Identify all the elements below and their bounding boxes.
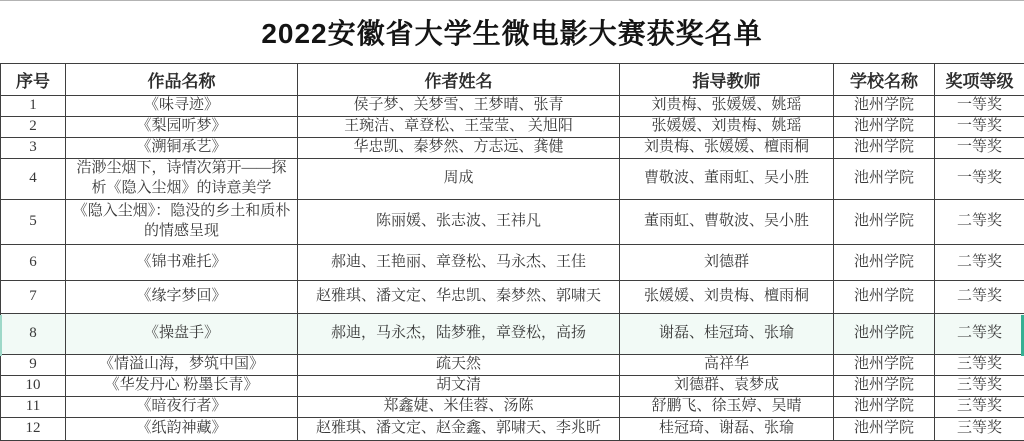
header-work: 作品名称 xyxy=(66,64,298,96)
cell-work: 《操盘手》 xyxy=(66,314,298,355)
cell-authors: 郝迪，马永杰，陆梦雅，章登松，高扬 xyxy=(298,314,620,355)
cell-work: 《暗夜行者》 xyxy=(66,397,298,418)
header-authors: 作者姓名 xyxy=(298,64,620,96)
table-row: 11《暗夜行者》郑鑫婕、米佳蓉、汤陈舒鹏飞、徐玉婷、吴晴池州学院三等奖 xyxy=(1,397,1024,418)
table-row: 6《锦书难托》郝迪、王艳丽、章登松、马永杰、王佳刘德群池州学院二等奖 xyxy=(1,245,1024,281)
cell-seq: 11 xyxy=(1,397,66,418)
cell-award: 一等奖 xyxy=(935,159,1024,200)
cell-teachers: 刘德群 xyxy=(620,245,834,281)
header-school: 学校名称 xyxy=(834,64,935,96)
cell-authors: 郑鑫婕、米佳蓉、汤陈 xyxy=(298,397,620,418)
cell-seq: 6 xyxy=(1,245,66,281)
cell-school: 池州学院 xyxy=(834,397,935,418)
cell-school: 池州学院 xyxy=(834,200,935,245)
cell-work: 《缘字梦回》 xyxy=(66,281,298,314)
cell-work: 《溯铜承艺》 xyxy=(66,138,298,159)
cell-authors: 赵雅琪、潘文定、赵金鑫、郭啸天、李兆昕 xyxy=(298,418,620,441)
cell-award: 三等奖 xyxy=(935,418,1024,441)
page-title: 2022安徽省大学生微电影大赛获奖名单 xyxy=(261,12,762,52)
cell-authors: 华忠凯、秦梦然、方志远、龚健 xyxy=(298,138,620,159)
cell-school: 池州学院 xyxy=(834,96,935,117)
cell-teachers: 桂冠琦、谢磊、张瑜 xyxy=(620,418,834,441)
header-award: 奖项等级 xyxy=(935,64,1024,96)
cell-seq: 9 xyxy=(1,355,66,376)
cell-teachers: 董雨虹、曹敬波、吴小胜 xyxy=(620,200,834,245)
header-teachers: 指导教师 xyxy=(620,64,834,96)
cell-award: 三等奖 xyxy=(935,355,1024,376)
table-row: 3《溯铜承艺》华忠凯、秦梦然、方志远、龚健刘贵梅、张媛媛、檀雨桐池州学院一等奖 xyxy=(1,138,1024,159)
cell-school: 池州学院 xyxy=(834,281,935,314)
cell-school: 池州学院 xyxy=(834,418,935,441)
cell-school: 池州学院 xyxy=(834,159,935,200)
cell-seq: 12 xyxy=(1,418,66,441)
cell-seq: 1 xyxy=(1,96,66,117)
cell-school: 池州学院 xyxy=(834,376,935,397)
cell-award: 二等奖 xyxy=(935,314,1024,355)
cell-teachers: 舒鹏飞、徐玉婷、吴晴 xyxy=(620,397,834,418)
cell-teachers: 曹敬波、董雨虹、吴小胜 xyxy=(620,159,834,200)
cell-authors: 王琬洁、章登松、王莹莹、 关旭阳 xyxy=(298,117,620,138)
table-row: 9《情溢山海，梦筑中国》疏天然高祥华池州学院三等奖 xyxy=(1,355,1024,376)
cell-seq: 8 xyxy=(1,314,66,355)
cell-teachers: 刘贵梅、张媛媛、姚瑶 xyxy=(620,96,834,117)
cell-school: 池州学院 xyxy=(834,245,935,281)
cell-teachers: 张媛媛、刘贵梅、檀雨桐 xyxy=(620,281,834,314)
cell-award: 二等奖 xyxy=(935,281,1024,314)
cell-award: 三等奖 xyxy=(935,397,1024,418)
cell-work: 《味寻迹》 xyxy=(66,96,298,117)
table-row: 5《隐入尘烟》：隐没的乡土和质朴的情感呈现陈丽媛、张志波、王祎凡董雨虹、曹敬波、… xyxy=(1,200,1024,245)
cell-authors: 郝迪、王艳丽、章登松、马永杰、王佳 xyxy=(298,245,620,281)
cell-school: 池州学院 xyxy=(834,355,935,376)
cell-teachers: 张媛媛、刘贵梅、姚瑶 xyxy=(620,117,834,138)
table-row: 1《味寻迹》侯子梦、关梦雪、王梦晴、张青刘贵梅、张媛媛、姚瑶池州学院一等奖 xyxy=(1,96,1024,117)
table-row: 12《纸韵神藏》赵雅琪、潘文定、赵金鑫、郭啸天、李兆昕桂冠琦、谢磊、张瑜池州学院… xyxy=(1,418,1024,441)
cell-seq: 3 xyxy=(1,138,66,159)
title-area: 2022安徽省大学生微电影大赛获奖名单 xyxy=(0,1,1024,63)
cell-authors: 赵雅琪、潘文定、华忠凯、秦梦然、郭啸天 xyxy=(298,281,620,314)
cell-teachers: 谢磊、桂冠琦、张瑜 xyxy=(620,314,834,355)
cell-award: 二等奖 xyxy=(935,245,1024,281)
cell-work: 《锦书难托》 xyxy=(66,245,298,281)
cell-work: 《华发丹心 粉墨长青》 xyxy=(66,376,298,397)
cell-authors: 侯子梦、关梦雪、王梦晴、张青 xyxy=(298,96,620,117)
cell-seq: 10 xyxy=(1,376,66,397)
award-sheet: 2022安徽省大学生微电影大赛获奖名单 序号 作品名称 作者姓名 指导教师 学校… xyxy=(0,0,1024,441)
table-row: 8《操盘手》郝迪，马永杰，陆梦雅，章登松，高扬谢磊、桂冠琦、张瑜池州学院二等奖 xyxy=(1,314,1024,355)
cell-seq: 5 xyxy=(1,200,66,245)
cell-work: 《情溢山海，梦筑中国》 xyxy=(66,355,298,376)
table-row: 7《缘字梦回》赵雅琪、潘文定、华忠凯、秦梦然、郭啸天张媛媛、刘贵梅、檀雨桐池州学… xyxy=(1,281,1024,314)
cell-award: 一等奖 xyxy=(935,117,1024,138)
cell-seq: 2 xyxy=(1,117,66,138)
cell-award: 三等奖 xyxy=(935,376,1024,397)
cell-authors: 疏天然 xyxy=(298,355,620,376)
table-row: 4浩渺尘烟下，诗情次第开——探析《隐入尘烟》的诗意美学周成曹敬波、董雨虹、吴小胜… xyxy=(1,159,1024,200)
header-seq: 序号 xyxy=(1,64,66,96)
table-row: 10《华发丹心 粉墨长青》胡文清刘德群、袁梦成池州学院三等奖 xyxy=(1,376,1024,397)
cell-seq: 7 xyxy=(1,281,66,314)
cell-work: 《梨园听梦》 xyxy=(66,117,298,138)
cell-work: 《纸韵神藏》 xyxy=(66,418,298,441)
cell-teachers: 刘德群、袁梦成 xyxy=(620,376,834,397)
cell-award: 一等奖 xyxy=(935,96,1024,117)
cell-teachers: 刘贵梅、张媛媛、檀雨桐 xyxy=(620,138,834,159)
cell-school: 池州学院 xyxy=(834,138,935,159)
cell-authors: 陈丽媛、张志波、王祎凡 xyxy=(298,200,620,245)
cell-authors: 胡文清 xyxy=(298,376,620,397)
cell-school: 池州学院 xyxy=(834,117,935,138)
cell-teachers: 高祥华 xyxy=(620,355,834,376)
cell-work: 《隐入尘烟》：隐没的乡土和质朴的情感呈现 xyxy=(66,200,298,245)
table-header-row: 序号 作品名称 作者姓名 指导教师 学校名称 奖项等级 xyxy=(1,64,1024,96)
cell-work: 浩渺尘烟下，诗情次第开——探析《隐入尘烟》的诗意美学 xyxy=(66,159,298,200)
award-table: 序号 作品名称 作者姓名 指导教师 学校名称 奖项等级 1《味寻迹》侯子梦、关梦… xyxy=(0,63,1024,441)
cell-seq: 4 xyxy=(1,159,66,200)
cell-school: 池州学院 xyxy=(834,314,935,355)
cell-award: 一等奖 xyxy=(935,138,1024,159)
cell-authors: 周成 xyxy=(298,159,620,200)
table-row: 2《梨园听梦》王琬洁、章登松、王莹莹、 关旭阳张媛媛、刘贵梅、姚瑶池州学院一等奖 xyxy=(1,117,1024,138)
cell-award: 二等奖 xyxy=(935,200,1024,245)
